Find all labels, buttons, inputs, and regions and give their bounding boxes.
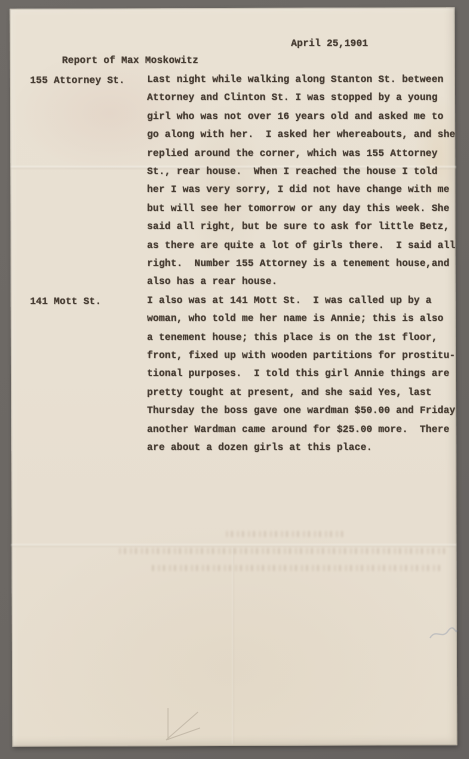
- pencil-mark: [160, 706, 205, 742]
- entry-body-141-mott: I also was at 141 Mott St. I was called …: [147, 292, 463, 458]
- typed-text-line: Thursday the boss gave one wardman $50.0…: [147, 402, 463, 420]
- ink-scribble: [428, 626, 458, 642]
- entry-label-141-mott: 141 Mott St.: [30, 296, 101, 307]
- typed-text-line: but will see her tomorrow or any day thi…: [147, 200, 463, 218]
- typed-text-line: are about a dozen girls at this place.: [147, 439, 463, 457]
- typed-text-line: as there are quite a lot of girls there.…: [147, 237, 463, 255]
- typed-text-line: replied around the corner, which was 155…: [147, 145, 463, 163]
- report-title: Report of Max Moskowitz: [62, 55, 198, 66]
- horizontal-fold-crease: [11, 544, 456, 547]
- vertical-fold-crease: [232, 548, 234, 744]
- typed-text-line: Last night while walking along Stanton S…: [147, 71, 463, 89]
- typed-text-line: I also was at 141 Mott St. I was called …: [147, 292, 463, 310]
- typed-text-line: her I was very sorry, I did not have cha…: [147, 181, 463, 199]
- typed-text-line: also has a rear house.: [147, 273, 463, 291]
- report-date: April 25,1901: [291, 38, 368, 49]
- bleedthrough-text-line: [150, 565, 440, 571]
- typed-text-line: a tenement house; this place is on the 1…: [147, 329, 463, 347]
- entry-body-155-attorney: Last night while walking along Stanton S…: [147, 71, 463, 292]
- bleedthrough-text-line: [115, 548, 445, 554]
- typed-text-line: go along with her. I asked her whereabou…: [147, 126, 463, 144]
- typed-text-line: another Wardman came around for $25.00 m…: [147, 421, 463, 439]
- scan-viewport: April 25,1901 Report of Max Moskowitz 15…: [0, 0, 469, 759]
- typed-text-line: front, fixed up with wooden partitions f…: [147, 347, 463, 365]
- typed-text-line: girl who was not over 16 years old and a…: [147, 108, 463, 126]
- typed-text-line: St., rear house. When I reached the hous…: [147, 163, 463, 181]
- typed-text-line: said all right, but be sure to ask for l…: [147, 218, 463, 236]
- typed-text-line: right. Number 155 Attorney is a tenement…: [147, 255, 463, 273]
- typed-text-line: pretty tought at present, and she said Y…: [147, 384, 463, 402]
- typed-text-line: woman, who told me her name is Annie; th…: [147, 310, 463, 328]
- bleedthrough-text-line: [225, 531, 343, 537]
- entry-label-155-attorney: 155 Attorney St.: [30, 75, 125, 86]
- typed-text-line: tional purposes. I told this girl Annie …: [147, 365, 463, 383]
- typed-text-line: Attorney and Clinton St. I was stopped b…: [147, 89, 463, 107]
